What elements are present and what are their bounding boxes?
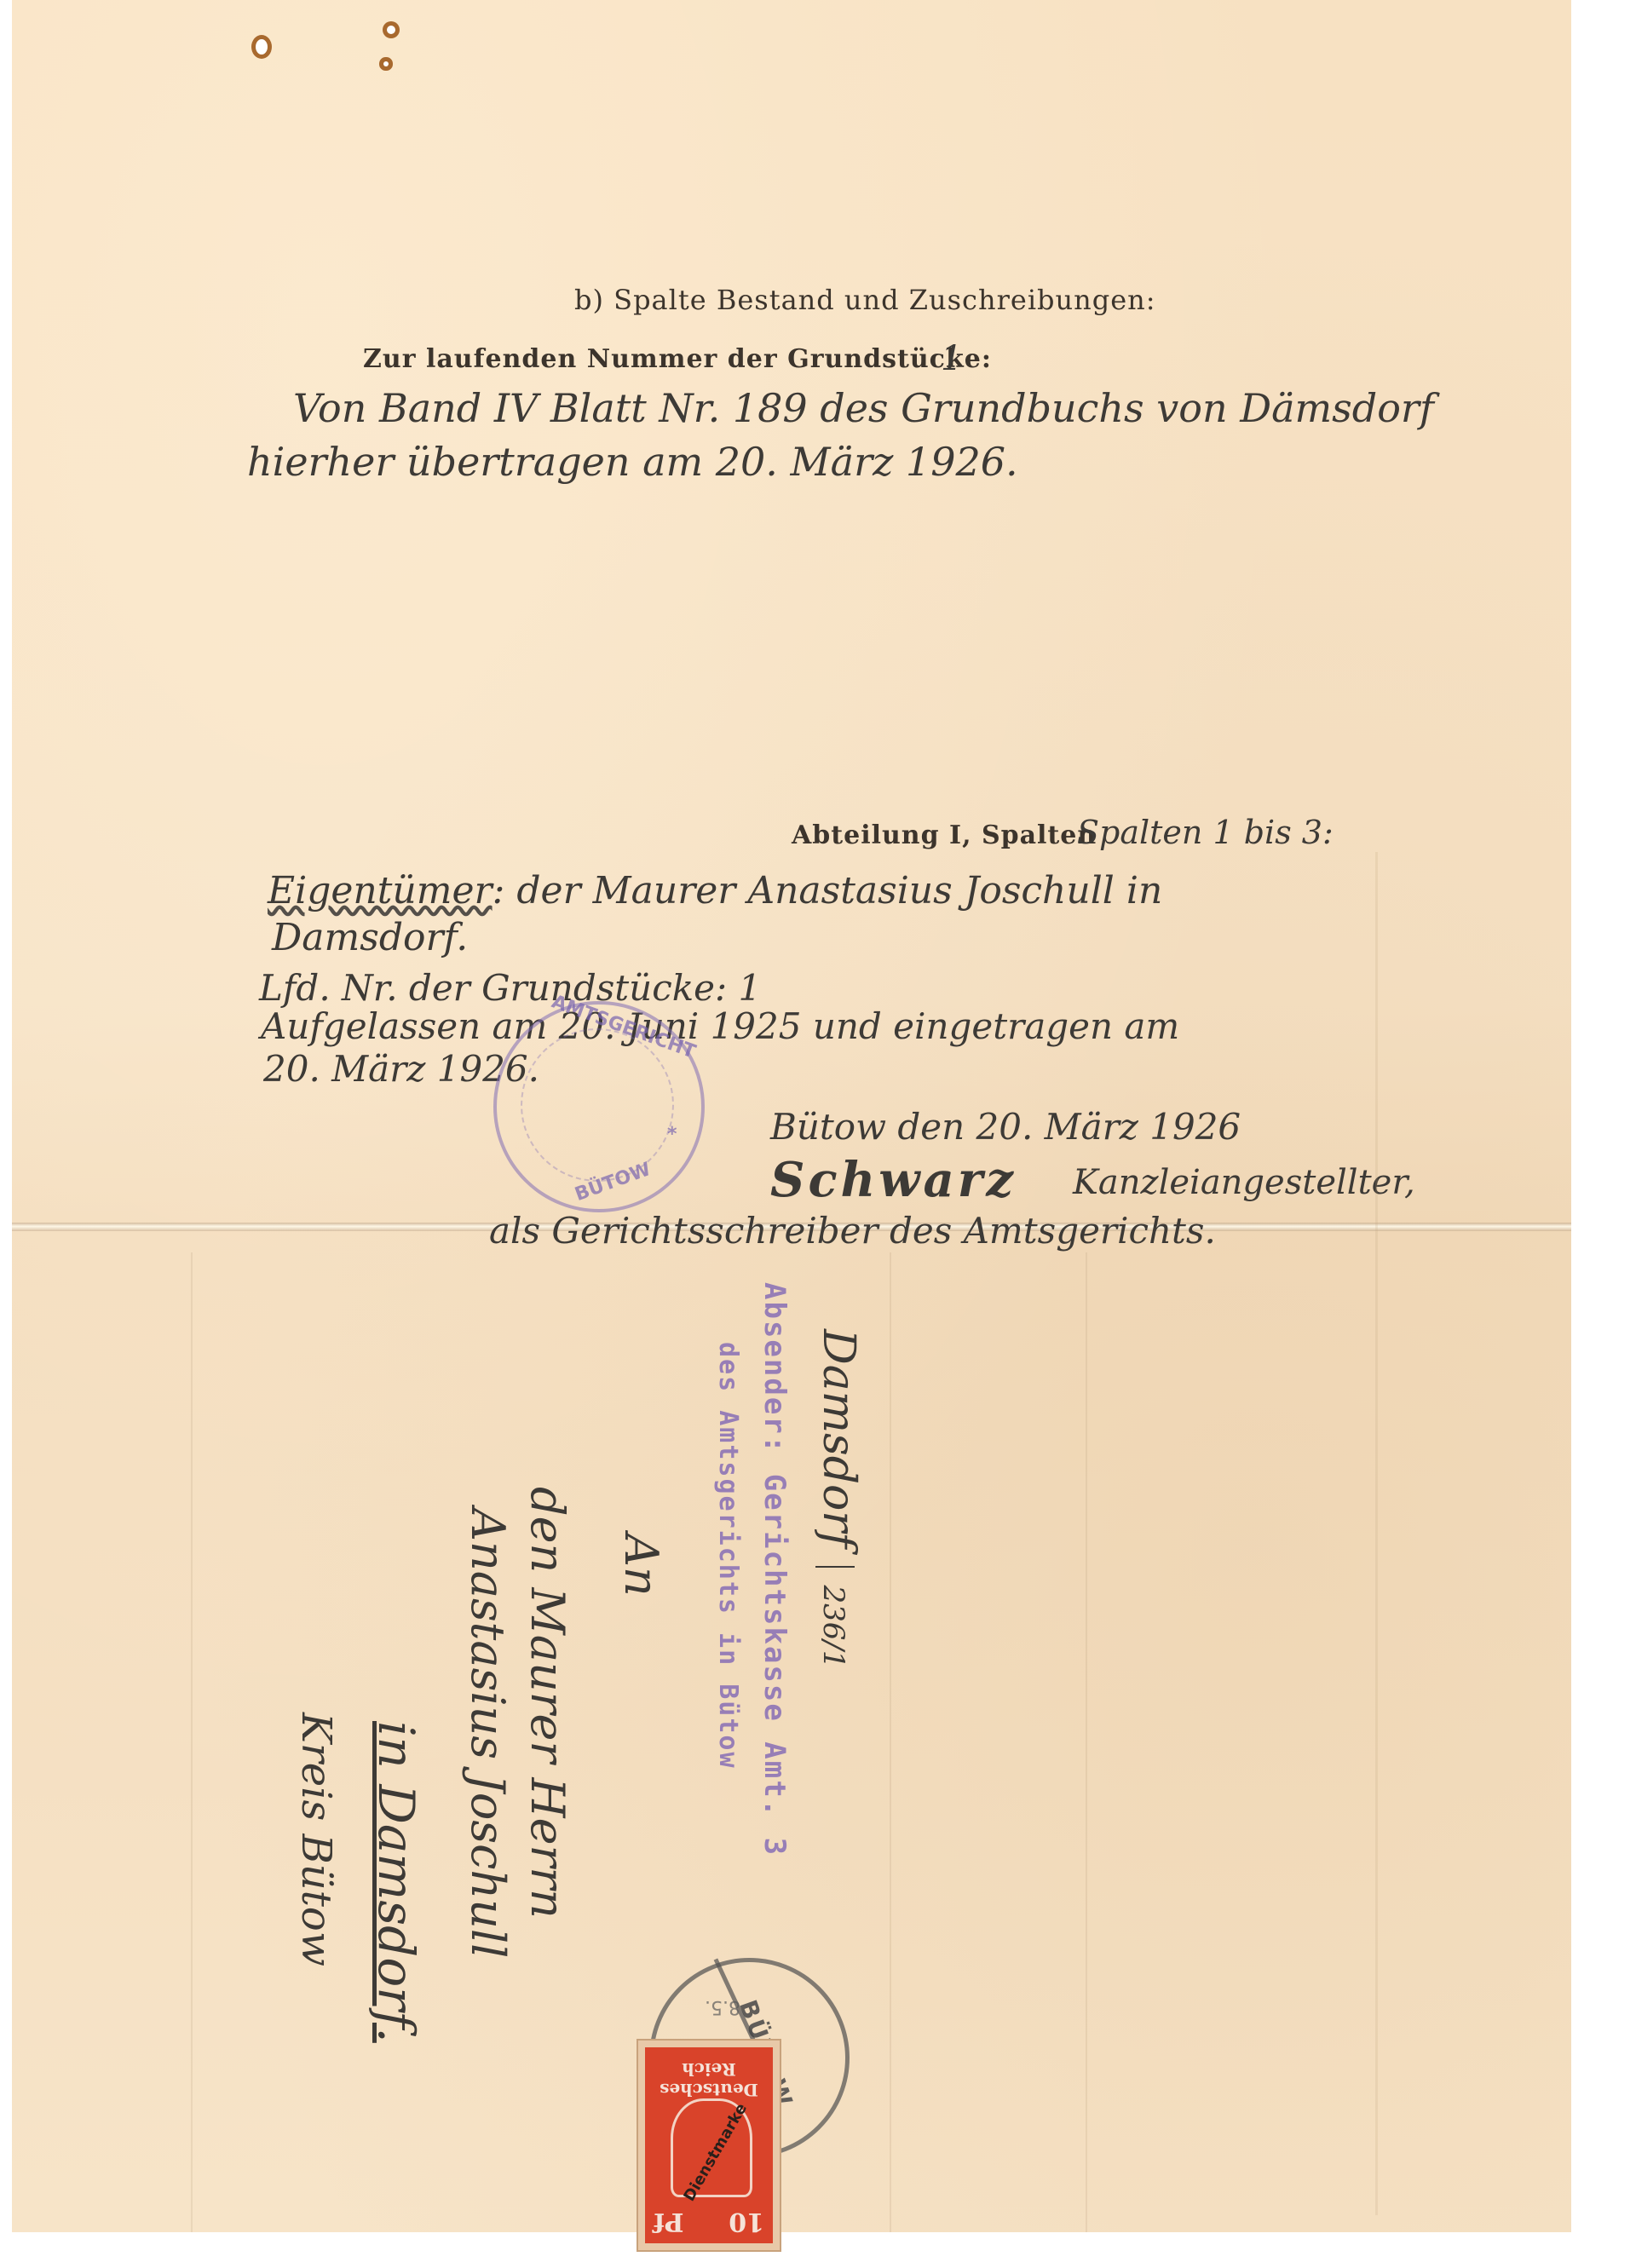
place-date: Bütow den 20. März 1926 <box>770 1106 1241 1148</box>
postage-stamp: Deutsches Reich Dienstmarke 10 Pf <box>638 2041 780 2250</box>
owner-label: Eigentümer <box>268 869 493 912</box>
sender-stamp-line-1: Absender: Gerichtskasse Amt. 3 <box>758 1282 792 1856</box>
owner-line-2: Damsdorf. <box>272 916 468 959</box>
abteilung-heading: Abteilung I, Spalten <box>792 820 1097 850</box>
stamp-value-number: 10 <box>729 2207 764 2236</box>
fraction-line <box>816 1566 855 1568</box>
salutation: An <box>614 1534 668 1597</box>
owner-line-1: Eigentümer: der Maurer Anastasius Joschu… <box>268 869 1162 912</box>
court-seal: AMTSGERICHT BÜTOW * <box>493 1001 705 1212</box>
signer-role: als Gerichtsschreiber des Amtsgerichts. <box>489 1210 1216 1252</box>
seal-star: * <box>667 1124 677 1145</box>
punch-hole <box>383 61 389 66</box>
stamp-value-unit: Pf <box>654 2207 683 2236</box>
parcel-number: 1 <box>941 339 962 378</box>
section-heading: b) Spalte Bestand und Zuschreibungen: <box>574 284 1156 316</box>
ruled-line <box>1086 1252 1087 2232</box>
owner-name: : der Maurer Anastasius Joschull in <box>493 869 1163 912</box>
sender-stamp-line-2: des Amtsgerichts in Bütow <box>713 1342 743 1770</box>
ruled-line <box>191 1252 193 2232</box>
parcel-label: Zur laufenden Nummer der Grundstücke: <box>363 344 992 374</box>
registry-place: Damsdorf <box>813 1329 864 1548</box>
stamp-value: 10 Pf <box>654 2207 764 2236</box>
postmark-date: 8.5. <box>705 1996 740 2018</box>
recipient-line-2: Anastasius Joschull <box>461 1508 515 1958</box>
abteilung-heading-hand: Spalten 1 bis 3: <box>1077 814 1334 851</box>
recipient-line-1: den Maurer Herrn <box>521 1487 574 1919</box>
parcel-line: Lfd. Nr. der Grundstücke: 1 <box>259 967 761 1009</box>
entry-line-2: hierher übertragen am 20. März 1926. <box>247 439 1018 485</box>
registry-ref: Damsdorf 236/1 <box>813 1329 864 1668</box>
signature: Schwarz <box>770 1152 1017 1208</box>
seal-inner-ring <box>521 1028 674 1182</box>
punch-hole <box>387 26 395 34</box>
document-page: b) Spalte Bestand und Zuschreibungen: Zu… <box>12 0 1571 2232</box>
conveyance-line-1: Aufgelassen am 20. Juni 1925 und eingetr… <box>261 1005 1179 1047</box>
recipient-line-3: in Damsdorf. <box>367 1721 425 2043</box>
punch-hole <box>256 39 268 55</box>
ruled-line <box>890 1252 891 2232</box>
recipient-line-4: Kreis Bütow <box>292 1713 340 1966</box>
entry-line-1: Von Band IV Blatt Nr. 189 des Grundbuchs… <box>293 385 1434 431</box>
signer-title: Kanzleiangestellter, <box>1073 1163 1415 1202</box>
folio-number: 236/1 <box>816 1585 850 1668</box>
